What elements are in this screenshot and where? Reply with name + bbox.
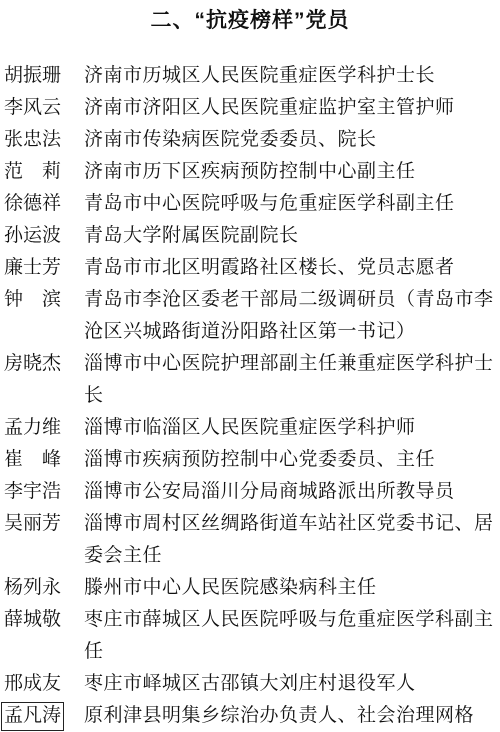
awardee-name: 吴丽芳 xyxy=(4,508,66,540)
awardee-name: 徐德祥 xyxy=(4,188,66,220)
awardee-name-text: 徐德祥 xyxy=(4,188,61,220)
awardee-name: 杨列永 xyxy=(4,572,66,604)
awardee-title: 济南市济阳区人民医院重症监护室主管护师 xyxy=(84,92,494,124)
page-title: 二、“抗疫榜样”党员 xyxy=(0,0,500,35)
awardee-title: 淄博市临淄区人民医院重症医学科护师 xyxy=(84,412,494,444)
list-item: 张忠法 济南市传染病医院党委委员、院长 xyxy=(4,124,494,156)
list-item: 范 莉 济南市历下区疾病预防控制中心副主任 xyxy=(4,156,494,188)
awardee-name: 孙运波 xyxy=(4,220,66,252)
awardee-title: 淄博市周村区丝绸路街道车站社区党委书记、居委会主任 xyxy=(84,508,494,572)
awardee-name-text: 杨列永 xyxy=(4,572,61,604)
awardee-title: 淄博市公安局淄川分局商城路派出所教导员 xyxy=(84,476,494,508)
awardee-name: 张忠法 xyxy=(4,124,66,156)
awardee-name: 孟力维 xyxy=(4,412,66,444)
awardee-name: 胡振珊 xyxy=(4,60,66,92)
awardee-list: 胡振珊 济南市历城区人民医院重症医学科护士长 李风云 济南市济阳区人民医院重症监… xyxy=(0,60,500,732)
awardee-name-text: 崔 峰 xyxy=(4,444,61,476)
awardee-name: 廉士芳 xyxy=(4,252,66,284)
list-item: 房晓杰 淄博市中心医院护理部副主任兼重症医学科护士长 xyxy=(4,348,494,412)
list-item: 钟 滨 青岛市李沧区委老干部局二级调研员（青岛市李沧区兴城路街道汾阳路社区第一书… xyxy=(4,284,494,348)
awardee-name-text: 范 莉 xyxy=(4,156,61,188)
awardee-title: 青岛市中心医院呼吸与危重症医学科副主任 xyxy=(84,188,494,220)
list-item: 李风云 济南市济阳区人民医院重症监护室主管护师 xyxy=(4,92,494,124)
awardee-name-text: 孟力维 xyxy=(4,412,61,444)
awardee-title: 枣庄市薛城区人民医院呼吸与危重症医学科副主任 xyxy=(84,604,494,668)
awardee-name-text: 房晓杰 xyxy=(4,348,61,380)
awardee-title: 滕州市中心人民医院感染病科主任 xyxy=(84,572,494,604)
awardee-name: 薛城敬 xyxy=(4,604,66,636)
awardee-name: 孟凡涛 xyxy=(4,700,66,732)
list-item: 徐德祥 青岛市中心医院呼吸与危重症医学科副主任 xyxy=(4,188,494,220)
awardee-name-text: 胡振珊 xyxy=(4,60,61,92)
awardee-name: 钟 滨 xyxy=(4,284,66,316)
list-item: 薛城敬 枣庄市薛城区人民医院呼吸与危重症医学科副主任 xyxy=(4,604,494,668)
awardee-name-text: 李宇浩 xyxy=(4,476,61,508)
awardee-name-text: 张忠法 xyxy=(4,124,61,156)
awardee-title: 济南市历下区疾病预防控制中心副主任 xyxy=(84,156,494,188)
awardee-name: 邢成友 xyxy=(4,668,66,700)
awardee-name-text: 钟 滨 xyxy=(4,284,61,316)
awardee-title: 青岛大学附属医院副院长 xyxy=(84,220,494,252)
list-item: 胡振珊 济南市历城区人民医院重症医学科护士长 xyxy=(4,60,494,92)
awardee-name: 崔 峰 xyxy=(4,444,66,476)
list-item: 李宇浩 淄博市公安局淄川分局商城路派出所教导员 xyxy=(4,476,494,508)
awardee-title: 青岛市市北区明霞路社区楼长、党员志愿者 xyxy=(84,252,494,284)
list-item: 孟凡涛 原利津县明集乡综治办负责人、社会治理网格 xyxy=(4,700,494,732)
awardee-name: 李风云 xyxy=(4,92,66,124)
list-item: 孟力维 淄博市临淄区人民医院重症医学科护师 xyxy=(4,412,494,444)
list-item: 孙运波 青岛大学附属医院副院长 xyxy=(4,220,494,252)
awardee-name-text: 孙运波 xyxy=(4,220,61,252)
awardee-title: 枣庄市峄城区古邵镇大刘庄村退役军人 xyxy=(84,668,494,700)
awardee-name-text: 薛城敬 xyxy=(4,604,61,636)
awardee-name: 房晓杰 xyxy=(4,348,66,380)
awardee-name: 范 莉 xyxy=(4,156,66,188)
awardee-name-text: 吴丽芳 xyxy=(4,508,61,540)
awardee-name-text: 李风云 xyxy=(4,92,61,124)
awardee-name: 李宇浩 xyxy=(4,476,66,508)
list-item: 吴丽芳 淄博市周村区丝绸路街道车站社区党委书记、居委会主任 xyxy=(4,508,494,572)
list-item: 邢成友 枣庄市峄城区古邵镇大刘庄村退役军人 xyxy=(4,668,494,700)
awardee-title: 济南市传染病医院党委委员、院长 xyxy=(84,124,494,156)
awardee-name-text: 孟凡涛 xyxy=(1,702,64,731)
awardee-title: 淄博市中心医院护理部副主任兼重症医学科护士长 xyxy=(84,348,494,412)
awardee-name-text: 邢成友 xyxy=(4,668,61,700)
list-item: 廉士芳 青岛市市北区明霞路社区楼长、党员志愿者 xyxy=(4,252,494,284)
awardee-title: 淄博市疾病预防控制中心党委委员、主任 xyxy=(84,444,494,476)
awardee-name-text: 廉士芳 xyxy=(4,252,61,284)
document-page: 二、“抗疫榜样”党员 胡振珊 济南市历城区人民医院重症医学科护士长 李风云 济南… xyxy=(0,0,500,732)
list-item: 杨列永 滕州市中心人民医院感染病科主任 xyxy=(4,572,494,604)
awardee-title: 原利津县明集乡综治办负责人、社会治理网格 xyxy=(84,700,494,732)
awardee-title: 济南市历城区人民医院重症医学科护士长 xyxy=(84,60,494,92)
awardee-title: 青岛市李沧区委老干部局二级调研员（青岛市李沧区兴城路街道汾阳路社区第一书记） xyxy=(84,284,494,348)
list-item: 崔 峰 淄博市疾病预防控制中心党委委员、主任 xyxy=(4,444,494,476)
